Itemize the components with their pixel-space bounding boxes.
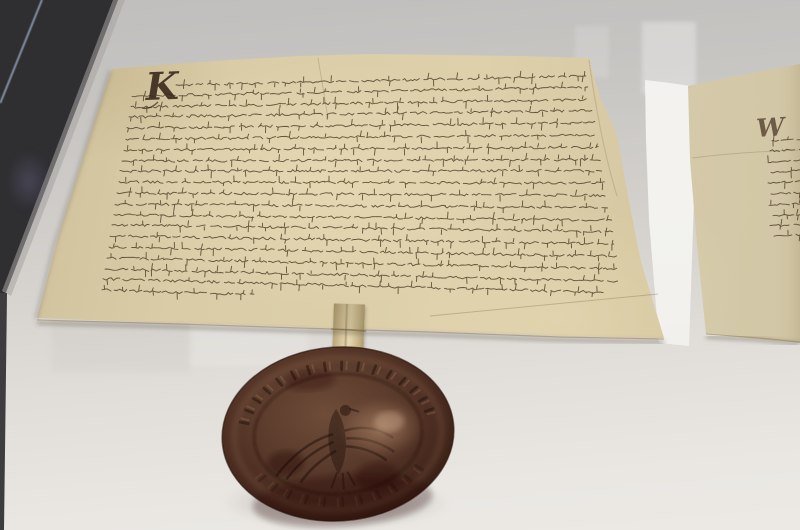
main-charter-left-shadow <box>36 71 110 319</box>
parchment-crease <box>318 58 328 118</box>
legend-letter-bump <box>341 362 342 370</box>
text-line <box>129 106 592 122</box>
text-line <box>774 230 800 241</box>
text-line <box>773 209 800 220</box>
seal-body <box>216 339 460 530</box>
text-line <box>768 156 800 163</box>
text-line <box>107 252 617 273</box>
charter-initial: K <box>144 63 182 109</box>
text-line <box>122 153 600 167</box>
text-line <box>114 209 612 226</box>
text-line <box>771 192 800 198</box>
text-line <box>115 199 608 213</box>
text-line <box>117 187 605 202</box>
text-line <box>120 165 602 178</box>
text-line <box>127 118 595 133</box>
text-line <box>131 95 586 112</box>
parchment-crease <box>430 294 658 316</box>
main-charter-text <box>102 71 618 300</box>
wax-seal <box>214 339 464 530</box>
text-line <box>770 219 800 229</box>
text-line <box>769 197 800 207</box>
text-line <box>132 82 588 101</box>
text-line <box>126 130 594 143</box>
text-line <box>102 285 254 300</box>
text-line <box>103 278 603 297</box>
text-line <box>119 176 604 190</box>
legend-letter-highlight <box>346 362 347 369</box>
text-line <box>768 181 800 189</box>
text-line <box>110 232 614 250</box>
legend-letter-bump <box>324 363 325 371</box>
text-line <box>109 242 617 261</box>
text-line <box>771 167 800 178</box>
parchment-crease <box>589 60 617 196</box>
legend-letter-highlight <box>329 362 330 369</box>
text-line <box>176 71 586 90</box>
text-line <box>112 221 613 237</box>
second-charter-initial: W <box>755 112 788 143</box>
museum-exhibit-photo: K W <box>0 0 800 530</box>
